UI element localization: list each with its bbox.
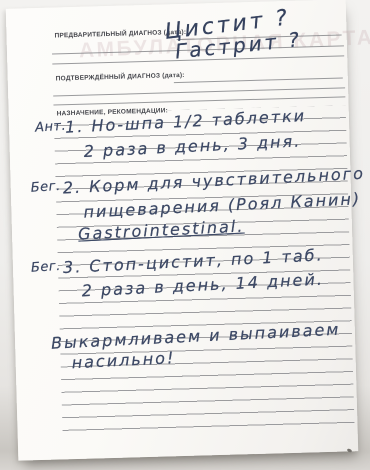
rule-line	[53, 87, 345, 96]
rule-line	[174, 77, 343, 83]
confirmed-diagnosis-label: ПОДТВЕРЖДЁННЫЙ ДИАГНОЗ (дата):	[56, 72, 185, 83]
entry-3-margin-note: Бег.	[31, 259, 62, 276]
entry-2-margin-note: Бег.	[30, 179, 61, 196]
entry-1-margin-note: Ант.	[35, 119, 67, 136]
photo-background: АМБУЛАТОРНАЯ КАРТА ПРЕДВАРИТЕЛЬНЫЙ ДИАГН…	[0, 0, 370, 470]
paper-sheet: АМБУЛАТОРНАЯ КАРТА ПРЕДВАРИТЕЛЬНЫЙ ДИАГН…	[6, 0, 358, 461]
rule-line	[53, 96, 345, 105]
